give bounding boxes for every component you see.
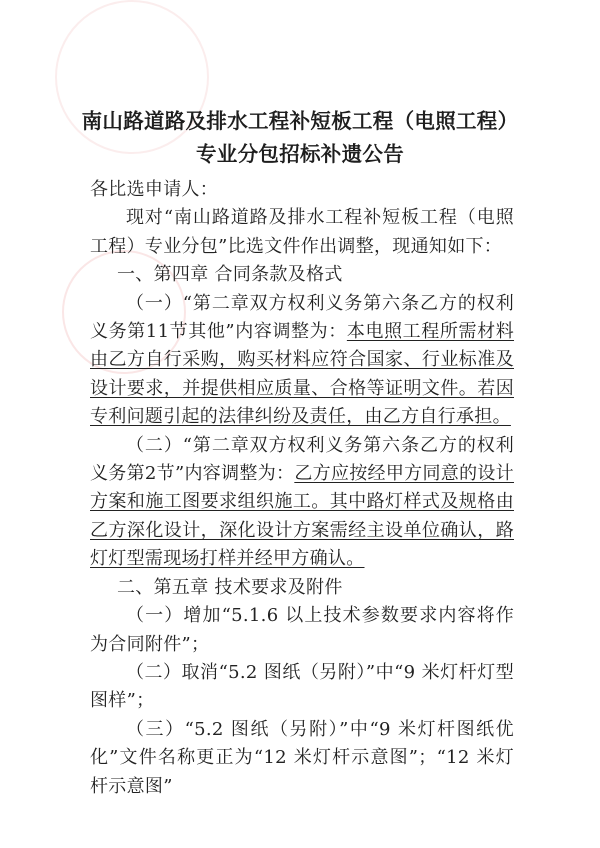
section-heading: 二、第五章 技术要求及附件 [90,574,514,602]
intro-paragraph: 现对“南山路道路及排水工程补短板工程（电照工程）专业分包”比选文件作出调整，现通… [90,204,514,261]
section-item: （二）取消“5.2 图纸（另附）”中“9 米灯杆灯型图样”； [90,659,514,716]
document-title-line1: 南山路道路及排水工程补短板工程（电照工程） [0,104,600,134]
section-heading: 一、第四章 合同条款及格式 [90,261,514,289]
document-title-line2: 专业分包招标补遗公告 [0,137,600,167]
section-item: （二）“第二章双方权利义务第六条乙方的权利义务第2节”内容调整为：乙方应按经甲方… [90,432,514,574]
section-item: （一）增加“5.1.6 以上技术参数要求内容将作为合同附件”； [90,602,514,659]
section-item: （三）“5.2 图纸（另附）”中“9 米灯杆图纸优化”文件名称更正为“12 米灯… [90,716,514,801]
salutation: 各比选申请人： [90,176,514,204]
section-item: （一）“第二章双方权利义务第六条乙方的权利义务第11节其他”内容调整为：本电照工… [90,290,514,432]
document-body: 各比选申请人： 现对“南山路道路及排水工程补短板工程（电照工程）专业分包”比选文… [90,176,514,801]
